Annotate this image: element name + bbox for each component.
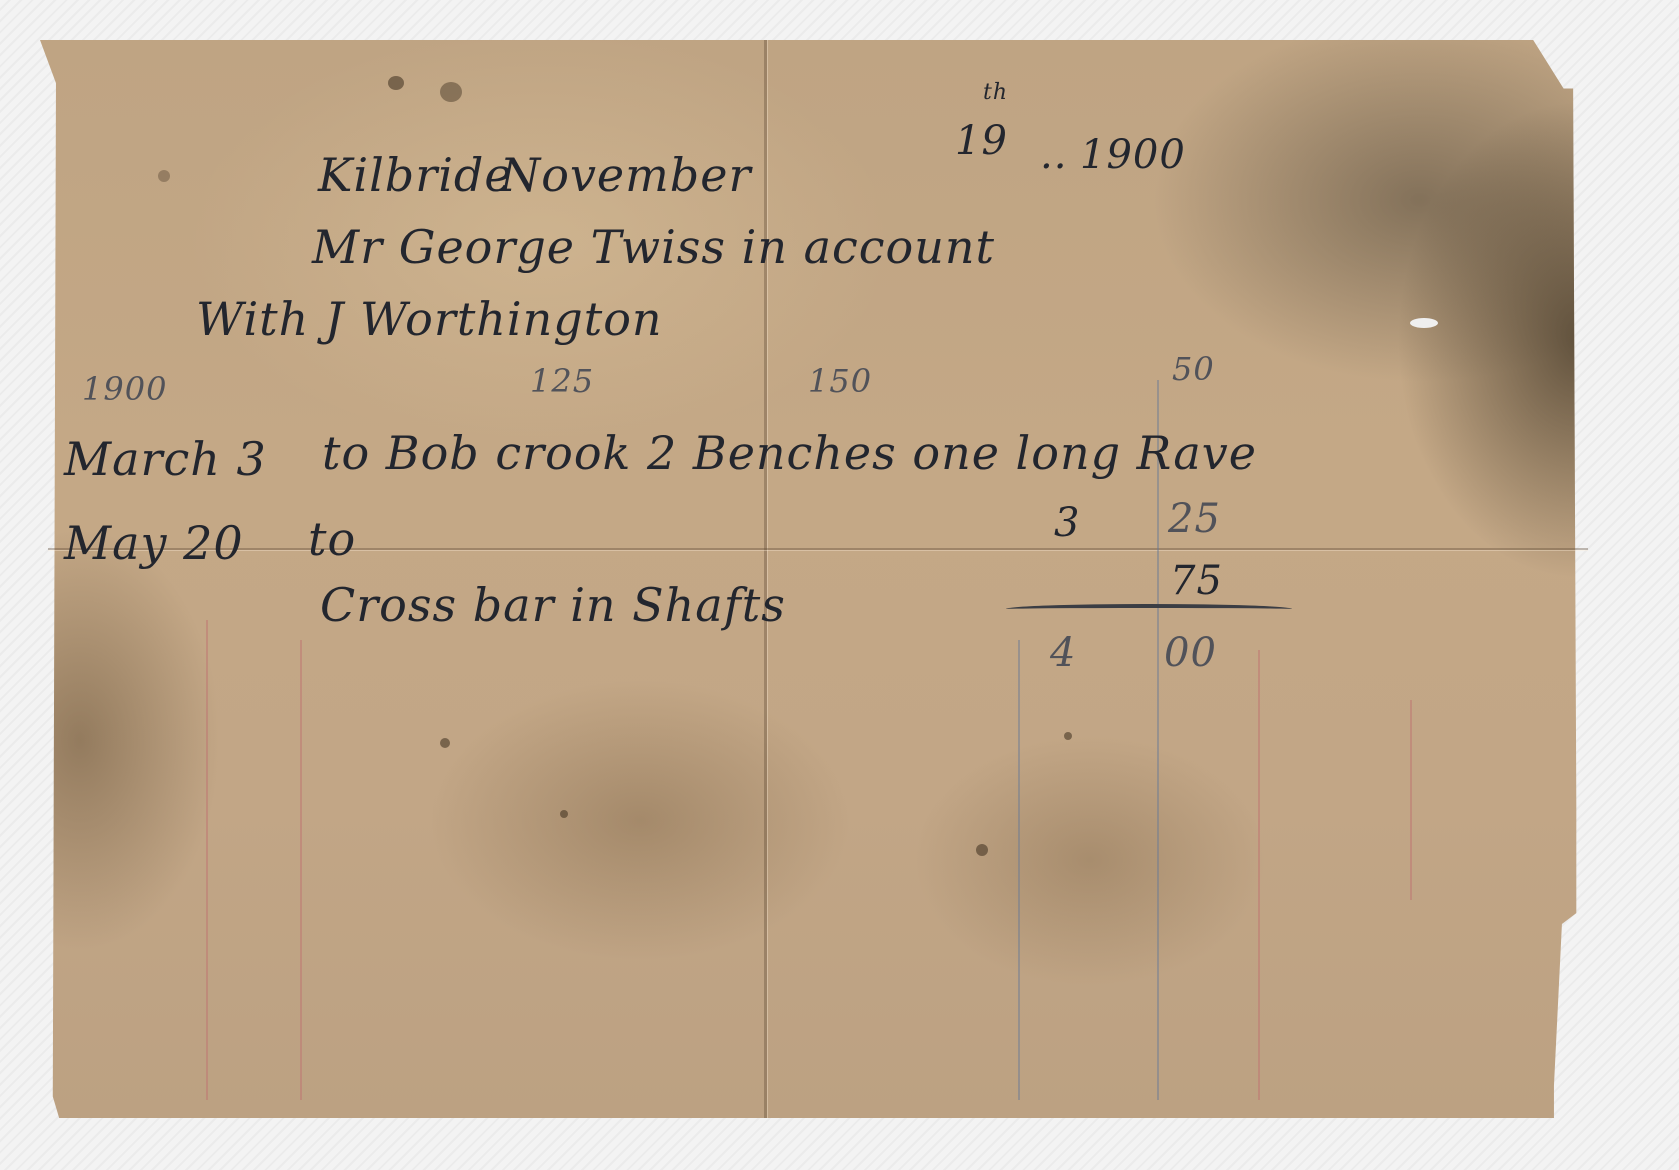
total-underline xyxy=(1006,604,1292,614)
header-day: 19 xyxy=(955,118,1008,164)
ledger-rule-red xyxy=(300,640,302,1100)
stain-spot xyxy=(440,82,462,102)
ledger-rule-red xyxy=(1410,700,1412,900)
ledger-rule-blue xyxy=(1018,640,1020,1100)
ledger-rule-red xyxy=(206,620,208,1100)
stain-spot xyxy=(440,738,450,748)
marginal-figure: 50 xyxy=(1172,350,1215,388)
ledger-rule-blue xyxy=(1157,380,1159,1100)
entry-description: Cross bar in Shafts xyxy=(320,578,786,632)
header-place: Kilbride xyxy=(318,148,513,202)
marginal-year: 1900 xyxy=(82,370,167,408)
account-line: Mr George Twiss in account xyxy=(312,220,995,274)
horizontal-fold-crease xyxy=(48,548,1588,550)
stain-spot xyxy=(388,76,404,90)
header-month: November xyxy=(500,148,751,202)
entry-date: May 20 xyxy=(64,516,244,570)
marginal-figure: 150 xyxy=(808,362,872,400)
entry-description: to xyxy=(308,512,356,566)
stain-spot xyxy=(158,170,170,182)
entry-dollars: 3 xyxy=(1054,500,1080,546)
ledger-paper xyxy=(40,40,1637,1118)
total-cents: 00 xyxy=(1164,630,1217,676)
header-day-mark: th xyxy=(983,80,1008,105)
entry-cents: 75 xyxy=(1170,558,1223,604)
ledger-rule-red xyxy=(1258,650,1260,1100)
stain-spot xyxy=(560,810,568,818)
stain-spot xyxy=(1064,732,1072,740)
stain-spot xyxy=(976,844,988,856)
entry-cents: 25 xyxy=(1168,496,1221,542)
marginal-figure: 125 xyxy=(530,362,594,400)
total-dollars: 4 xyxy=(1050,630,1076,676)
header-year: 1900 xyxy=(1080,132,1186,178)
entry-description: to Bob crook 2 Benches one long Rave xyxy=(322,426,1257,480)
header-separator: .. xyxy=(1040,132,1067,178)
paper-hole xyxy=(1410,318,1438,328)
with-line: With J Worthington xyxy=(196,292,663,346)
entry-date: March 3 xyxy=(64,432,267,486)
